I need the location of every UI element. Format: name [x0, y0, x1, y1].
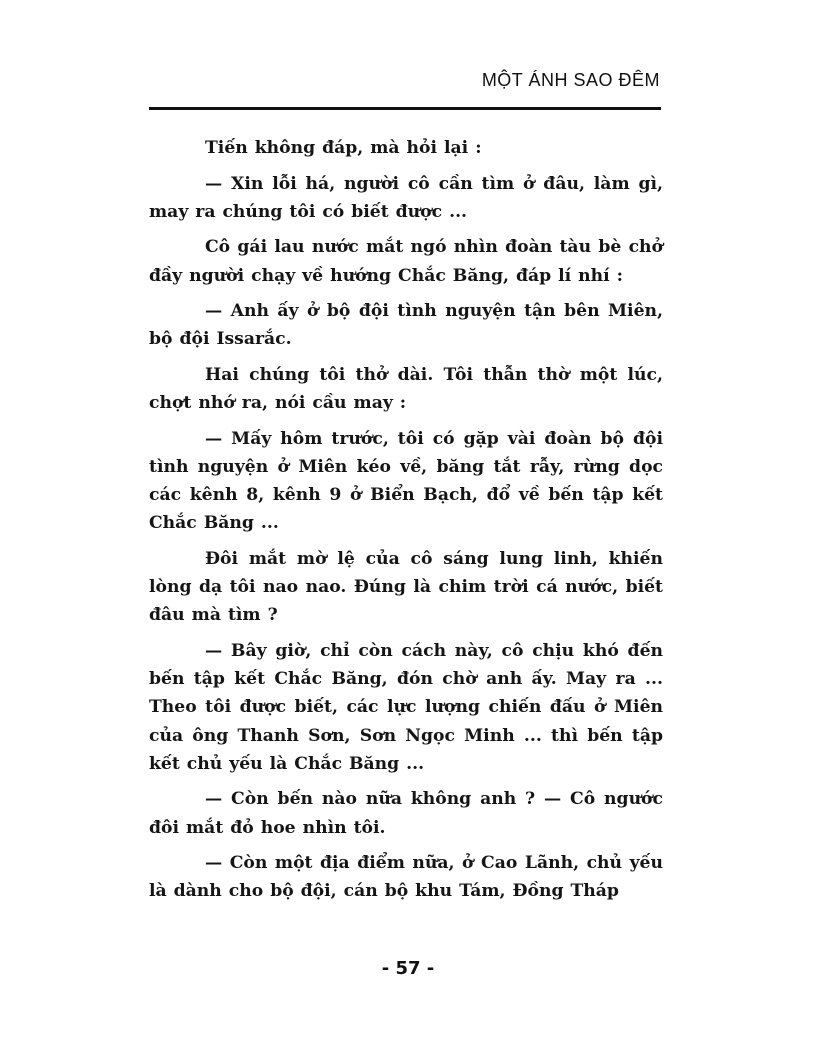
paragraph: — Anh ấy ở bộ đội tình nguyện tận bên Mi… [149, 297, 663, 353]
paragraph: — Còn bến nào nữa không anh ? — Cô ngước… [149, 785, 663, 841]
paragraph: Tiến không đáp, mà hỏi lại : [149, 134, 663, 162]
paragraph: Đôi mắt mờ lệ của cô sáng lung linh, khi… [149, 545, 663, 630]
paragraph: Cô gái lau nước mắt ngó nhìn đoàn tàu bè… [149, 233, 663, 289]
page-body: Tiến không đáp, mà hỏi lại : — Xin lỗi h… [149, 134, 663, 913]
paragraph: — Xin lỗi há, người cô cần tìm ở đâu, là… [149, 170, 663, 226]
header-rule [149, 107, 661, 110]
paragraph: — Còn một địa điểm nữa, ở Cao Lãnh, chủ … [149, 849, 663, 905]
page-number: - 57 - [0, 958, 816, 979]
paragraph: Hai chúng tôi thở dài. Tôi thẫn thờ một … [149, 361, 663, 417]
running-title: MỘT ÁNH SAO ĐÊM [482, 70, 660, 91]
book-page: MỘT ÁNH SAO ĐÊM Tiến không đáp, mà hỏi l… [0, 0, 816, 1056]
paragraph: — Bây giờ, chỉ còn cách này, cô chịu khó… [149, 637, 663, 778]
paragraph: — Mấy hôm trước, tôi có gặp vài đoàn bộ … [149, 425, 663, 538]
